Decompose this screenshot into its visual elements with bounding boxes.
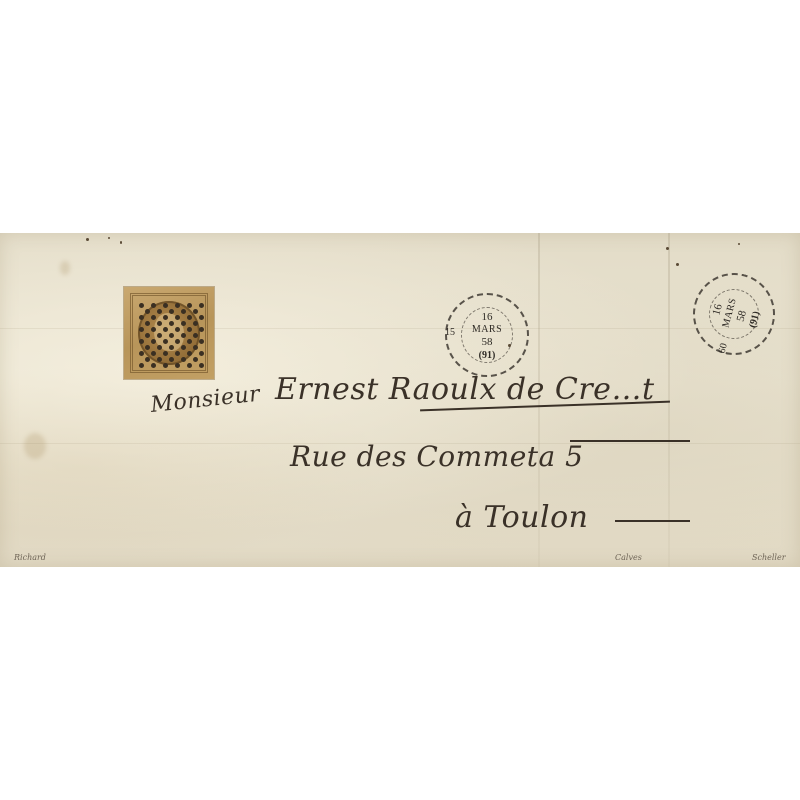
cancel-dot [193,333,198,338]
cancel-dot [175,315,180,320]
cancel-dot [139,303,144,308]
cancel-dot [181,333,186,338]
cancel-dot [199,339,204,344]
cancel-dot [163,363,168,368]
ink-speck [676,263,679,266]
postmark-month: MARS [447,324,527,335]
postmark-department: (91) [447,350,527,361]
address-street: Rue des Commeta 5 [290,440,583,473]
cancel-dot [193,321,198,326]
cancel-dot [199,315,204,320]
cancel-dot [163,339,168,344]
cancel-dot [169,357,174,362]
paper-crease [0,328,800,329]
cancel-dot [151,327,156,332]
address-city: à Toulon [455,500,588,535]
address-recipient-name: Ernest Raoulx de Cre…t [275,372,655,407]
foxing-stain [24,433,46,459]
cancel-dot [181,357,186,362]
cancel-dot [175,327,180,332]
ink-speck [666,247,669,250]
expert-mark: Scheller [752,553,786,562]
cancel-dot [187,303,192,308]
address-flourish [615,520,690,522]
cancel-dot [187,363,192,368]
cancel-dot [199,327,204,332]
cancel-dot [175,351,180,356]
cancel-dot [199,303,204,308]
cancel-dot [145,357,150,362]
address-flourish [570,440,690,442]
cancel-dot [139,327,144,332]
cancel-dot [157,357,162,362]
expert-mark: Richard [14,553,46,562]
postmark-departure: 15 16 MARS 58 (91) [445,293,529,377]
cancel-dot [175,363,180,368]
cancel-dot [139,315,144,320]
cancel-dot [157,333,162,338]
foxing-stain [60,261,70,275]
postage-stamp [124,287,214,379]
cancel-dot [151,303,156,308]
cancel-dot [199,351,204,356]
cancel-dot [175,339,180,344]
cancel-dot [151,351,156,356]
ink-speck [120,241,122,244]
ink-speck [738,243,740,245]
ink-speck [86,238,89,241]
cancel-dot [163,303,168,308]
cancel-dot [157,309,162,314]
expert-mark: Calves [615,553,642,562]
cancel-dot [151,339,156,344]
cancel-dot [145,345,150,350]
cancel-dot [139,351,144,356]
cancel-dot [181,309,186,314]
cancel-dot [187,315,192,320]
cancel-dot [169,333,174,338]
cancel-dot [193,357,198,362]
cancel-dot [187,339,192,344]
cancel-dot [151,363,156,368]
postmark-day: 16 [447,311,527,323]
cancel-dot [151,315,156,320]
cancel-dot [139,339,144,344]
cancel-dot [163,327,168,332]
cancel-dot [193,309,198,314]
cancel-dot [187,327,192,332]
cancel-dot [145,321,150,326]
cancel-dot [157,321,162,326]
cancel-dot [145,309,150,314]
cancel-dot [181,321,186,326]
cancel-dot [139,363,144,368]
ink-speck [108,237,110,239]
cancel-dot [163,351,168,356]
cancel-dot [199,363,204,368]
cancel-dot [169,321,174,326]
cancel-dot [157,345,162,350]
cancel-dot [163,315,168,320]
cancel-dot [145,333,150,338]
postmark-year: 58 [447,336,527,348]
cancel-dot [169,309,174,314]
cancel-dot [175,303,180,308]
cancel-dot [193,345,198,350]
cancel-dot [169,345,174,350]
cancel-dot [187,351,192,356]
cancel-dot [181,345,186,350]
